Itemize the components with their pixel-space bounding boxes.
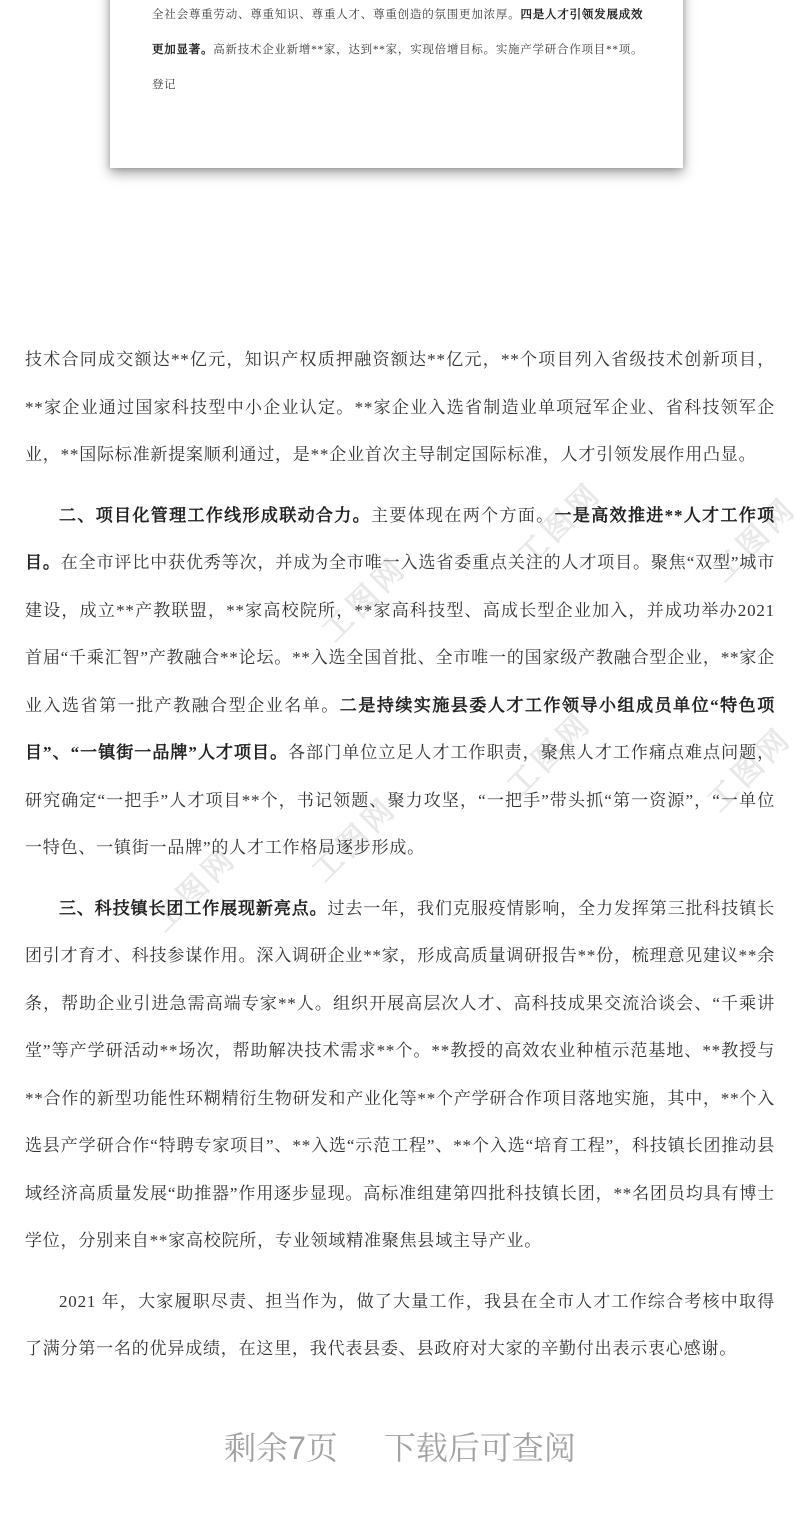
text-run: 在全市评比中获优秀等次，并成为全市唯一入选省委重点关注的人才项目。聚焦“双型”城… (25, 553, 775, 715)
page-card-text: 全社会尊重劳动、尊重知识、尊重人才、尊重创造的氛围更加浓厚。四是人才引领发展成效… (110, 0, 683, 103)
paragraph: 2021 年，大家履职尽责、担当作为，做了大量工作，我县在全市人才工作综合考核中… (25, 1278, 775, 1373)
download-hint-label: 下载后可查阅 (384, 1428, 576, 1468)
pages-remaining-bar: 剩余7页 下载后可查阅 (0, 1428, 800, 1468)
document-body: 技术合同成交额达**亿元，知识产权质押融资额达**亿元，**个项目列入省级技术创… (25, 336, 775, 1386)
text-run: 全社会尊重劳动、尊重知识、尊重人才、尊重创造的氛围更加浓厚。 (152, 9, 520, 21)
bold-text-run: 三、科技镇长团工作展现新亮点。 (59, 899, 328, 918)
paragraph: 技术合同成交额达**亿元，知识产权质押融资额达**亿元，**个项目列入省级技术创… (25, 336, 775, 479)
paragraph: 三、科技镇长团工作展现新亮点。过去一年，我们克服疫情影响，全力发挥第三批科技镇长… (25, 885, 775, 1265)
text-run: 高新技术企业新增**家，达到**家，实现倍增目标。实施产学研合作项目**项。登记 (152, 44, 643, 91)
text-run: 过去一年，我们克服疫情影响，全力发挥第三批科技镇长团引才育才、科技参谋作用。深入… (25, 899, 775, 1251)
text-run: 技术合同成交额达**亿元，知识产权质押融资额达**亿元，**个项目列入省级技术创… (25, 350, 775, 464)
page-preview-card: 全社会尊重劳动、尊重知识、尊重人才、尊重创造的氛围更加浓厚。四是人才引领发展成效… (110, 0, 683, 168)
text-run: 2021 年，大家履职尽责、担当作为，做了大量工作，我县在全市人才工作综合考核中… (25, 1292, 775, 1359)
remaining-pages-label: 剩余7页 (224, 1428, 338, 1468)
paragraph: 二、项目化管理工作线形成联动合力。主要体现在两个方面。一是高效推进**人才工作项… (25, 492, 775, 872)
text-run: 主要体现在两个方面。 (371, 506, 555, 525)
bold-text-run: 二、项目化管理工作线形成联动合力。 (59, 506, 371, 525)
document-preview: 工图网工图网工图网工图网工图网工图网工图网 全社会尊重劳动、尊重知识、尊重人才、… (0, 0, 800, 1532)
